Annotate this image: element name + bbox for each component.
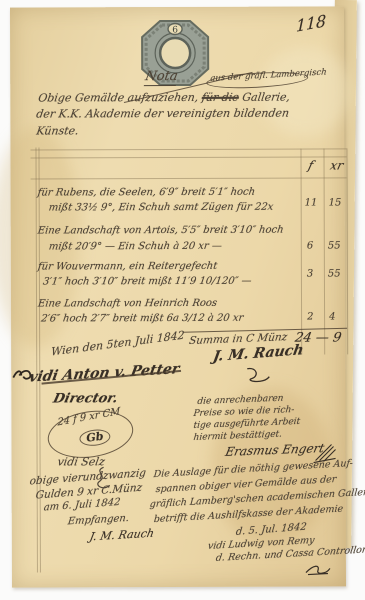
pencil-rule-horizontal (31, 177, 347, 179)
intro-line-1: Obige Gemälde aufzuziehen, für die Galle… (37, 91, 291, 105)
receipt-line-4: Empfangen. (67, 513, 129, 528)
intro-line-3: Künste. (36, 124, 80, 137)
pencil-rule-horizontal (30, 148, 346, 150)
receipt-signature: J. M. Rauch (89, 527, 156, 544)
intro-line-1-pre: Obige Gemälde aufzuziehen, (37, 91, 202, 105)
pencil-rule-horizontal (31, 156, 347, 158)
item-4-amount-florin: 2 (307, 312, 313, 323)
pencil-rule-vertical-amount (323, 148, 325, 354)
item-4-line-1: Eine Landschaft von Heinrich Roos (37, 298, 217, 310)
document-scan: 6 118 Nota aus der gräfl. Lambergisch Ob… (0, 0, 365, 600)
item-1-line-2: mißt 33½ 9°, Ein Schuh samt Zügen für 22… (48, 202, 274, 214)
page-number: 118 (296, 11, 327, 36)
paper-sheet: 6 118 Nota aus der gräfl. Lambergisch Ob… (10, 6, 346, 587)
item-3-line-2: 3′1″ hoch 3′10″ breit mißt 11′9 10/120″ … (42, 276, 252, 288)
item-3-line-1: für Wouvermann, ein Reitergefecht (37, 261, 218, 273)
place-date: Wien den 5ten Juli 1842 (51, 329, 185, 359)
item-2-amount-kreuzer: 55 (328, 240, 341, 251)
item-2-amount-florin: 6 (307, 241, 313, 252)
director-title: Director. (52, 391, 120, 406)
document-title: Nota (144, 69, 179, 86)
pencil-rule-vertical-amount (300, 149, 302, 355)
column-header-florin: f (307, 159, 315, 173)
item-1-line-1: für Rubens, die Seelen, 6′9″ breit 5′1″ … (37, 187, 256, 199)
item-3-amount-florin: 3 (307, 269, 313, 280)
intro-line-1-post: Gallerie, (238, 91, 291, 104)
signature-flourish (243, 367, 273, 385)
intro-struck-text: für die (201, 91, 240, 104)
column-header-kreuzer: xr (329, 158, 345, 172)
item-3-amount-kreuzer: 55 (328, 268, 341, 279)
intro-line-2: der K.K. Akademie der vereinigten bilden… (35, 107, 290, 121)
item-4-amount-kreuzer: 4 (329, 311, 335, 322)
item-4-line-2: 2′6″ hoch 2′7″ breit mißt 6a 3/12 à 20 x… (40, 313, 244, 325)
item-1-amount-kreuzer: 15 (329, 197, 342, 208)
item-2-line-1: Eine Landschaft von Artois, 5′5″ breit 3… (37, 225, 284, 237)
stamp-value: 6 (172, 25, 178, 35)
item-2-line-2: mißt 20′9° — Ein Schuh à 20 xr — (48, 241, 222, 253)
item-1-amount-florin: 11 (305, 198, 318, 209)
closing-paraph (304, 562, 332, 576)
